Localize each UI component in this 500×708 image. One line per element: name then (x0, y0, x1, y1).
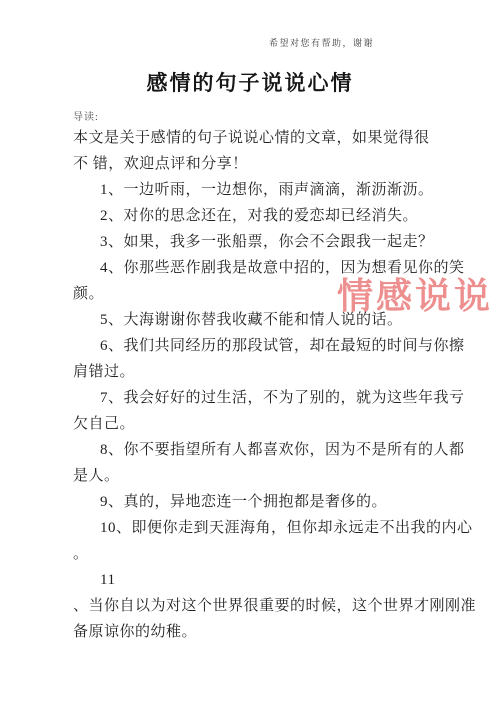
body-line: 本文是关于感情的句子说说心情的文章，如果觉得很 (73, 125, 437, 151)
page-title: 感情的句子说说心情 (0, 67, 500, 97)
body-line: 9、真的，异地恋连一个拥抱都是奢侈的。 (73, 489, 437, 515)
body-line: 10、即便你走到天涯海角，但你却永远走不出我的内心 (73, 515, 437, 541)
body-line: 11 (73, 567, 437, 593)
body-line: 是人。 (73, 463, 437, 489)
body-line: 欠自己。 (73, 411, 437, 437)
document-page: 希望对您有帮助，谢谢 感情的句子说说心情 导读: 本文是关于感情的句子说说心情的… (0, 0, 500, 708)
body-line: 备原谅你的幼稚。 (73, 619, 437, 645)
body-line: 。 (73, 541, 437, 567)
body-line: 、当你自以为对这个世界很重要的时候，这个世界才刚刚准 (73, 593, 437, 619)
body-line: 7、我会好好的过生活，不为了别的，就为这些年我亏 (73, 385, 437, 411)
body-line: 不 错，欢迎点评和分享！ (73, 151, 437, 177)
body-line: 3、如果，我多一张船票，你会不会跟我一起走？ (73, 229, 437, 255)
body-text: 本文是关于感情的句子说说心情的文章，如果觉得很不 错，欢迎点评和分享！1、一边听… (73, 125, 437, 645)
body-line: 肩错过。 (73, 359, 437, 385)
page-header-note: 希望对您有帮助，谢谢 (269, 36, 374, 49)
body-line: 8、你不要指望所有人都喜欢你，因为不是所有的人都 (73, 437, 437, 463)
body-line: 2、对你的思念还在，对我的爱恋却已经消失。 (73, 203, 437, 229)
lead-label: 导读: (73, 108, 99, 123)
body-line: 6、我们共同经历的那段试管，却在最短的时间与你擦 (73, 333, 437, 359)
body-line: 1、一边听雨，一边想你，雨声滴滴，渐沥渐沥。 (73, 177, 437, 203)
watermark-text: 情感说说 (337, 278, 493, 314)
